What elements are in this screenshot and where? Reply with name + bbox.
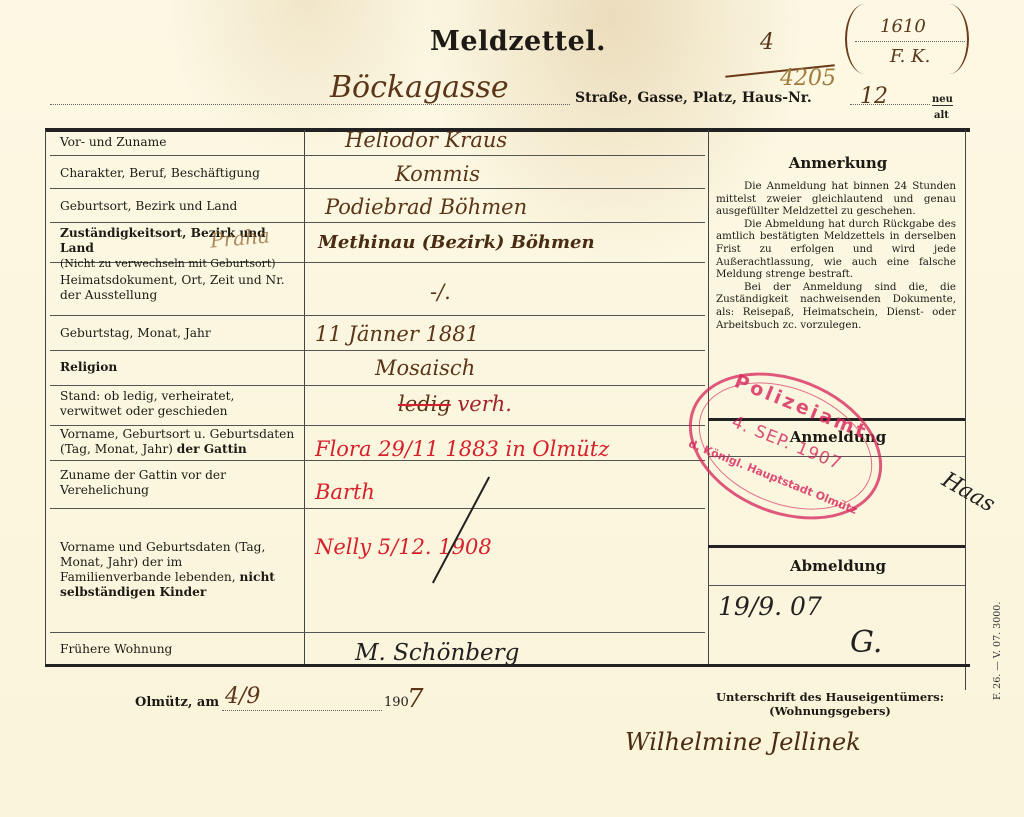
anmerkung-title: Anmerkung bbox=[710, 154, 966, 172]
row-separator bbox=[50, 425, 705, 426]
row-separator bbox=[50, 632, 705, 633]
label-birthdate: Geburtstag, Monat, Jahr bbox=[60, 326, 300, 341]
label-wife-maiden-name: Zuname der Gattin vor der Verehelichung bbox=[60, 468, 295, 498]
house-number: 12 bbox=[860, 84, 888, 109]
label-jurisdiction-note: (Nicht zu verwechseln mit Geburtsort) bbox=[60, 257, 276, 270]
row-separator bbox=[50, 385, 705, 386]
street-label: Straße, Gasse, Platz, Haus-Nr. bbox=[575, 90, 812, 106]
footer-place-label: Olmütz, am bbox=[135, 695, 219, 710]
label-home-document: Heimatsdokument, Ort, Zeit und Nr. der A… bbox=[60, 273, 290, 303]
value-wife-maiden-name: Barth bbox=[315, 480, 375, 504]
value-marital-current: verh. bbox=[457, 392, 512, 416]
annotation-box-line bbox=[855, 41, 965, 42]
house-neu-label: neu bbox=[932, 94, 953, 106]
abmeldung-title: Abmeldung bbox=[710, 557, 966, 575]
value-name: Heliodor Kraus bbox=[345, 128, 507, 152]
value-occupation: Kommis bbox=[395, 162, 480, 186]
value-birthplace: Podiebrad Böhmen bbox=[325, 195, 527, 219]
row-separator bbox=[50, 508, 705, 509]
annotation-fraction-top: 4 bbox=[760, 30, 774, 55]
top-thick-rule bbox=[45, 128, 970, 132]
house-alt-label: alt bbox=[934, 110, 949, 121]
label-name: Vor- und Zuname bbox=[60, 135, 300, 150]
anmerkung-paragraph: Die Abmeldung hat durch Rückgabe des amt… bbox=[716, 218, 956, 281]
value-birthdate: 11 Jänner 1881 bbox=[315, 322, 479, 346]
value-jurisdiction: Methinau (Bezirk) Böhmen bbox=[318, 232, 595, 253]
row-separator bbox=[50, 188, 705, 189]
value-home-document: -/. bbox=[430, 280, 451, 304]
label-wife-bold: der Gattin bbox=[177, 442, 247, 456]
owner-signature: Wilhelmine Jellinek bbox=[625, 728, 861, 756]
footer-year: 7 bbox=[407, 684, 424, 714]
abmeldung-header-line bbox=[708, 585, 965, 586]
label-birthplace: Geburtsort, Bezirk und Land bbox=[60, 199, 300, 214]
label-children: Vorname und Geburtsdaten (Tag, Monat, Ja… bbox=[60, 540, 295, 600]
annotation-box-line2: F. K. bbox=[890, 46, 930, 67]
row-separator bbox=[50, 350, 705, 351]
label-occupation: Charakter, Beruf, Beschäftigung bbox=[60, 166, 300, 181]
form-right-border bbox=[965, 130, 966, 690]
label-religion: Religion bbox=[60, 360, 300, 375]
form-code: F. 26. — V. 07. 3000. bbox=[992, 602, 1003, 700]
anmerkung-paragraph: Die Anmeldung hat binnen 24 Stunden mitt… bbox=[716, 180, 956, 218]
footer-date-line bbox=[222, 710, 382, 711]
row-separator bbox=[50, 222, 705, 223]
street-handwritten: Böckagasse bbox=[330, 70, 509, 105]
value-marital-struck: ledig bbox=[398, 392, 451, 416]
value-wife-details: Flora 29/11 1883 in Olmütz bbox=[315, 437, 609, 461]
value-religion: Mosaisch bbox=[375, 356, 475, 380]
label-previous-residence: Frühere Wohnung bbox=[60, 642, 300, 657]
label-wife-details: Vorname, Geburtsort u. Geburtsdaten (Tag… bbox=[60, 427, 310, 457]
abmeldung-initial: G. bbox=[850, 625, 882, 660]
label-marital-status: Stand: ob ledig, verheiratet, verwitwet … bbox=[60, 389, 295, 419]
footer-year-prefix: 190 bbox=[384, 695, 409, 710]
annotation-box-line1: 1610 bbox=[880, 16, 926, 37]
row-separator bbox=[50, 315, 705, 316]
abmeldung-date: 19/9. 07 bbox=[718, 592, 822, 621]
abmeldung-top-rule bbox=[708, 545, 965, 548]
value-previous-residence: M. Schönberg bbox=[355, 640, 519, 666]
form-title: Meldzettel. bbox=[430, 26, 606, 57]
owner-signature-label: Unterschrift des Hauseigentümers: (Wohnu… bbox=[710, 690, 950, 718]
row-separator bbox=[50, 155, 705, 156]
anmerkung-text: Die Anmeldung hat binnen 24 Stunden mitt… bbox=[716, 180, 956, 331]
labels-column-divider bbox=[304, 130, 305, 665]
footer-date: 4/9 bbox=[225, 684, 260, 709]
value-children: Nelly 5/12. 1908 bbox=[315, 535, 492, 559]
value-marital-status: ledig verh. bbox=[398, 392, 512, 416]
anmerkung-paragraph: Bei der Anmeldung sind die, die Zuständi… bbox=[716, 281, 956, 331]
form-left-border bbox=[45, 130, 46, 665]
annotation-fraction-bottom: 4205 bbox=[780, 66, 836, 91]
